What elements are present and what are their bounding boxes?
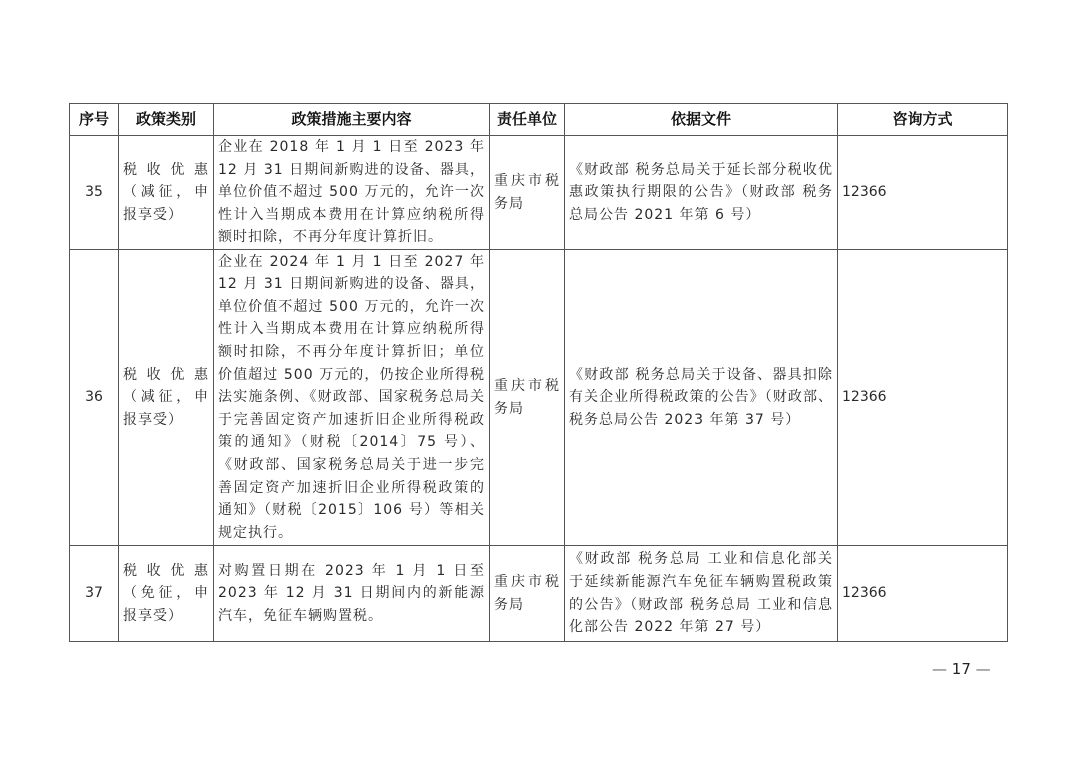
header-basis-document: 依据文件	[565, 104, 838, 136]
row-category: 税收优惠（减征，申报享受）	[119, 250, 214, 546]
page-number-value: 17	[952, 660, 971, 678]
page-dash-right: —	[976, 660, 991, 678]
row-content: 对购置日期在 2023 年 1 月 1 日至 2023 年 12 月 31 日期…	[214, 546, 490, 642]
row-unit: 重庆市税务局	[490, 546, 565, 642]
row-category: 税收优惠（减征，申报享受）	[119, 136, 214, 250]
table-row: 36 税收优惠（减征，申报享受） 企业在 2024 年 1 月 1 日至 202…	[70, 250, 1008, 546]
header-policy-content: 政策措施主要内容	[214, 104, 490, 136]
row-unit: 重庆市税务局	[490, 250, 565, 546]
page-dash-left: —	[932, 660, 947, 678]
table-header-row: 序号 政策类别 政策措施主要内容 责任单位 依据文件 咨询方式	[70, 104, 1008, 136]
row-contact: 12366	[838, 546, 1008, 642]
page-number: — 17 —	[932, 660, 991, 678]
header-policy-category: 政策类别	[119, 104, 214, 136]
row-document: 《财政部 税务总局 工业和信息化部关于延续新能源汽车免征车辆购置税政策的公告》（…	[565, 546, 838, 642]
row-category: 税收优惠（免征，申报享受）	[119, 546, 214, 642]
row-serial-no: 35	[70, 136, 119, 250]
table-row: 35 税收优惠（减征，申报享受） 企业在 2018 年 1 月 1 日至 202…	[70, 136, 1008, 250]
policy-table: 序号 政策类别 政策措施主要内容 责任单位 依据文件 咨询方式 35 税收优惠（…	[69, 103, 1008, 642]
row-content: 企业在 2024 年 1 月 1 日至 2027 年 12 月 31 日期间新购…	[214, 250, 490, 546]
header-serial-no: 序号	[70, 104, 119, 136]
row-contact: 12366	[838, 136, 1008, 250]
row-serial-no: 36	[70, 250, 119, 546]
row-document: 《财政部 税务总局关于设备、器具扣除有关企业所得税政策的公告》（财政部、税务总局…	[565, 250, 838, 546]
table-row: 37 税收优惠（免征，申报享受） 对购置日期在 2023 年 1 月 1 日至 …	[70, 546, 1008, 642]
row-unit: 重庆市税务局	[490, 136, 565, 250]
header-responsible-unit: 责任单位	[490, 104, 565, 136]
row-serial-no: 37	[70, 546, 119, 642]
row-contact: 12366	[838, 250, 1008, 546]
row-document: 《财政部 税务总局关于延长部分税收优惠政策执行期限的公告》（财政部 税务总局公告…	[565, 136, 838, 250]
header-contact: 咨询方式	[838, 104, 1008, 136]
row-content: 企业在 2018 年 1 月 1 日至 2023 年 12 月 31 日期间新购…	[214, 136, 490, 250]
